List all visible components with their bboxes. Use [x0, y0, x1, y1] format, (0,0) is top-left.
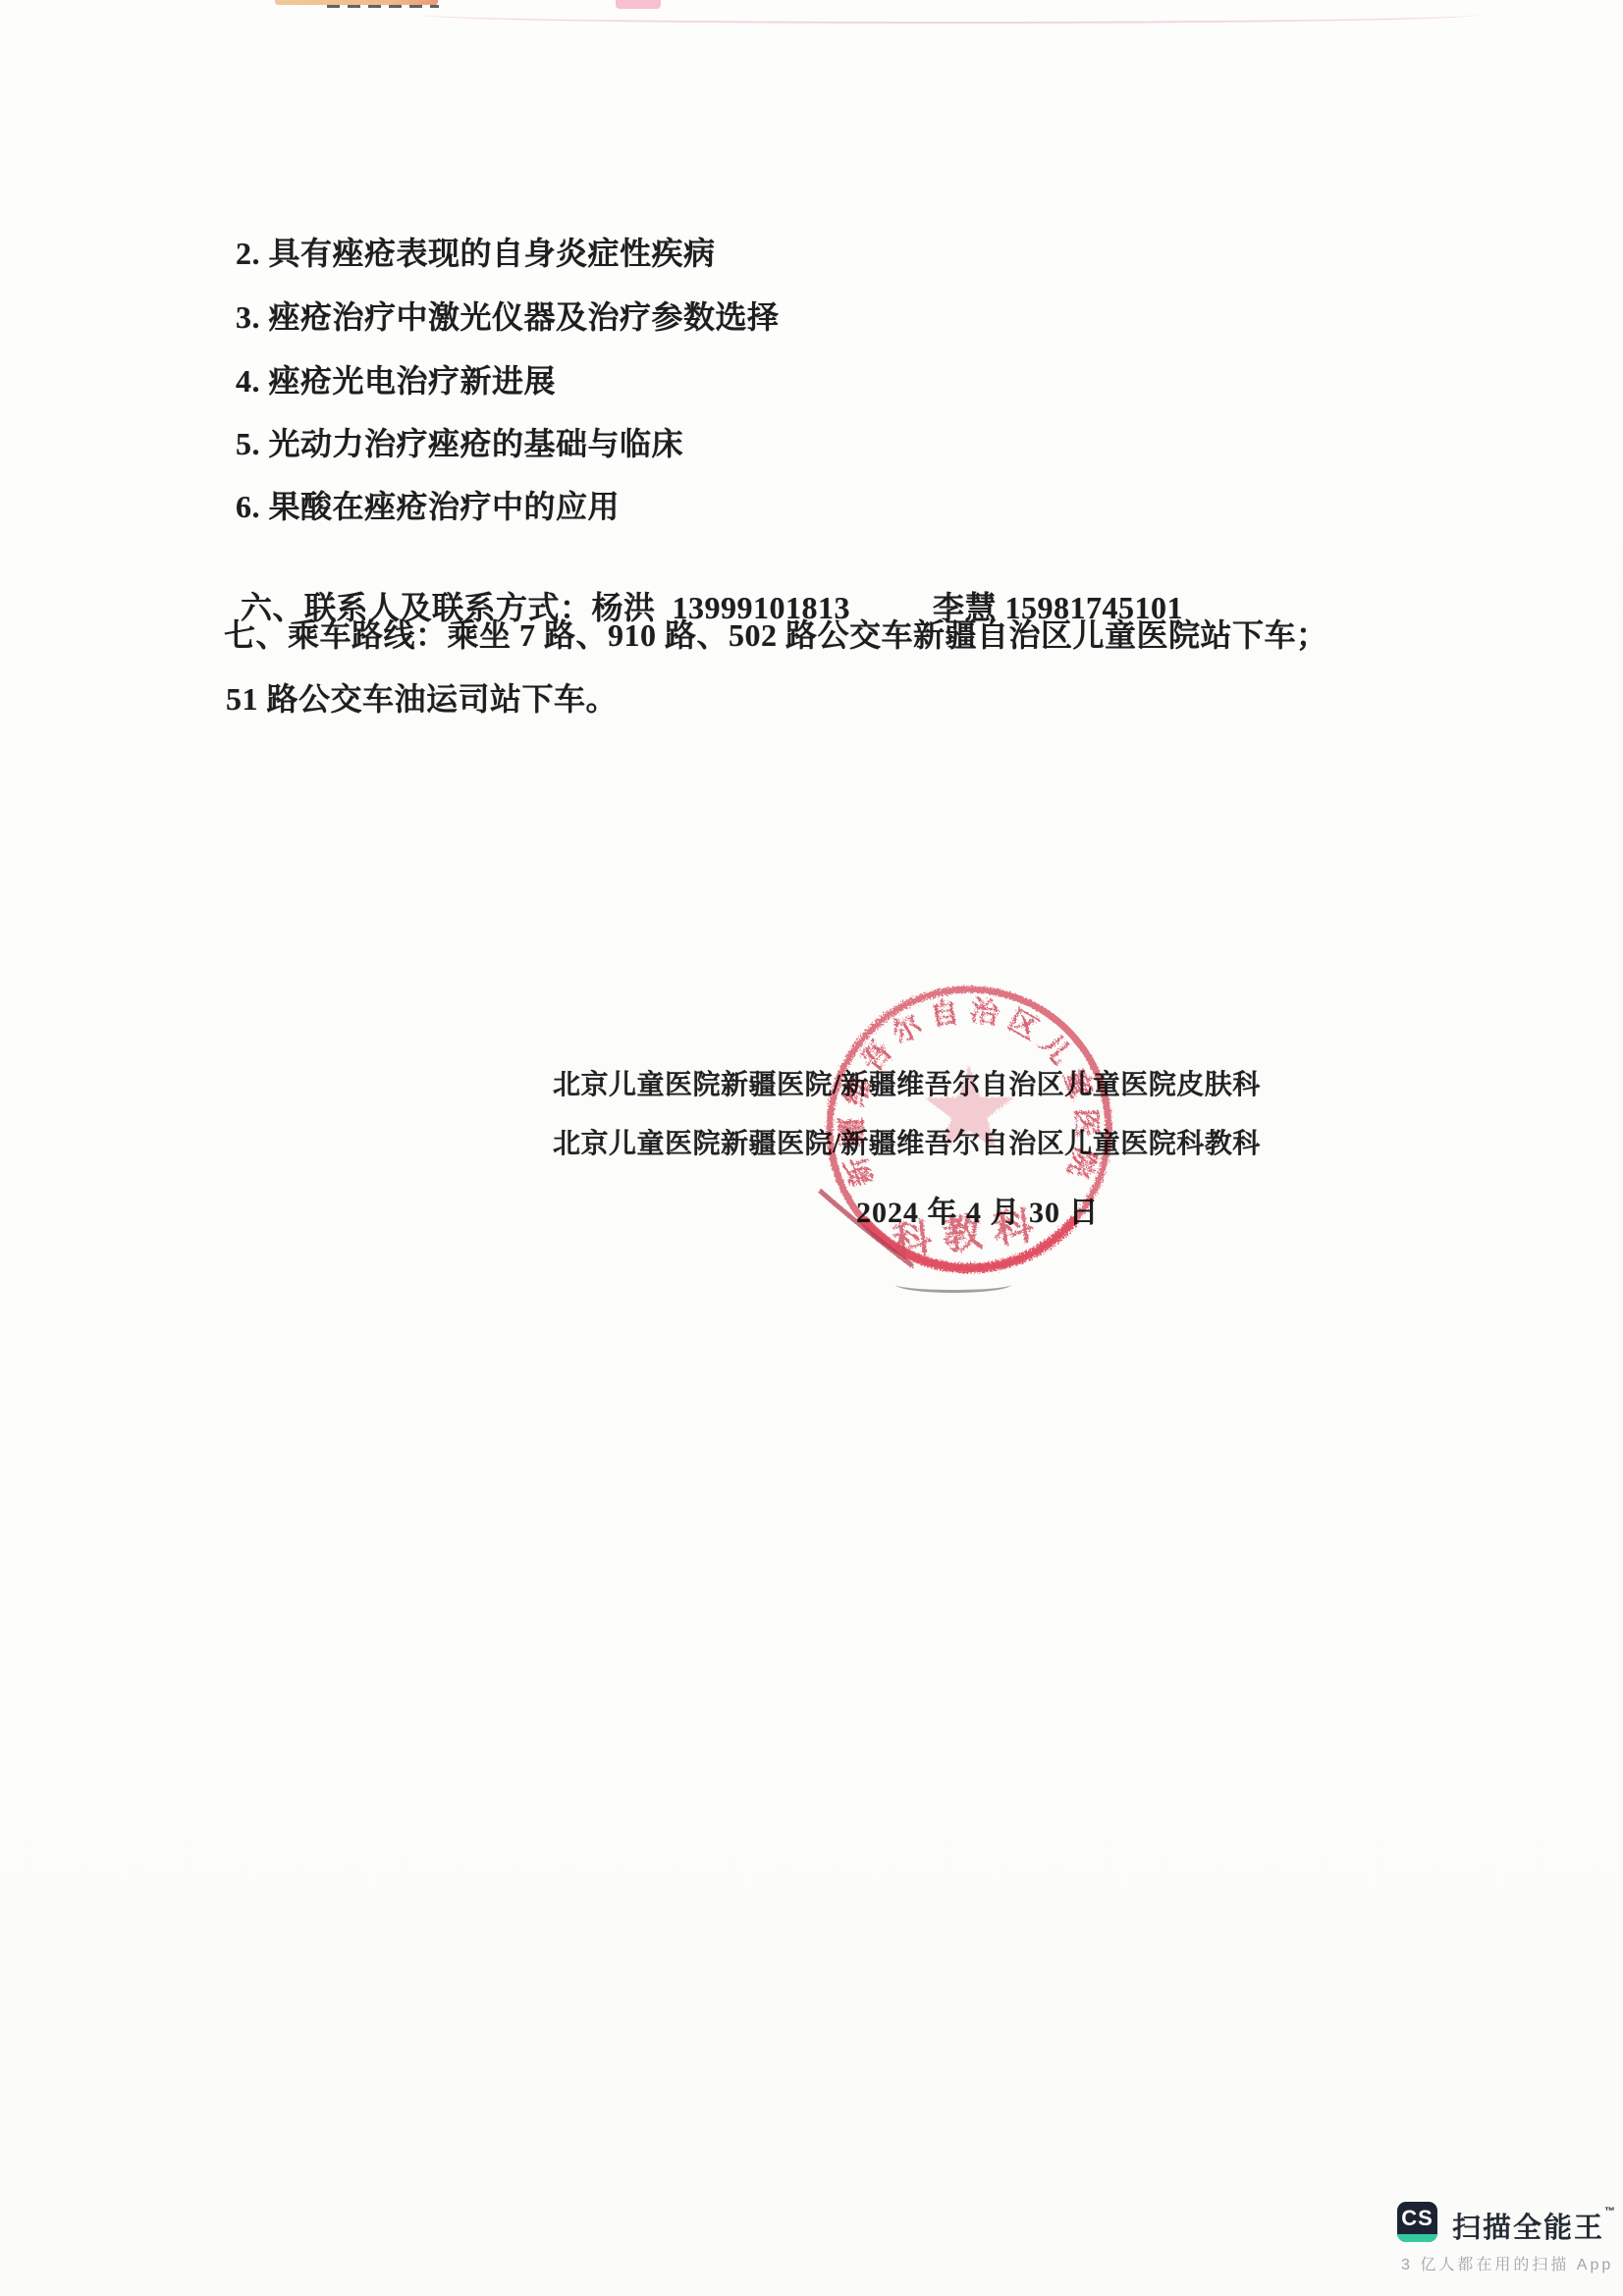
camscanner-app-name-text: 扫描全能王	[1452, 2213, 1604, 2244]
camscanner-logo-icon: CS	[1397, 2202, 1437, 2242]
agenda-item-2: 2. 具有痤疮表现的自身炎症性疾病	[236, 229, 716, 274]
agenda-item-6: 6. 果酸在痤疮治疗中的应用	[236, 482, 620, 527]
camscanner-app-name: 扫描全能王™	[1452, 2206, 1617, 2246]
route-line-2: 51 路公交车油运司站下车。	[226, 674, 618, 720]
camscanner-logo-accent	[1397, 2234, 1437, 2242]
scan-artifact-faint-curve	[422, 6, 1478, 24]
camscanner-tagline: 3 亿人都在用的扫描 App	[1401, 2252, 1613, 2274]
stamp-star-icon	[924, 1065, 1013, 1150]
agenda-item-3: 3. 痤疮治疗中激光仪器及治疗参数选择	[236, 293, 780, 338]
pencil-smudge	[895, 1276, 1011, 1293]
trademark-symbol: ™	[1604, 2206, 1617, 2217]
agenda-item-5: 5. 光动力治疗痤疮的基础与临床	[236, 419, 683, 464]
agenda-item-4: 4. 痤疮光电治疗新进展	[236, 356, 556, 401]
official-seal-stamp: 新疆维吾尔自治区儿童医院 科教科	[817, 980, 1121, 1284]
scan-artifact-dashed-line	[327, 5, 439, 8]
camscanner-logo-letters: CS	[1397, 2202, 1437, 2234]
route-line-1: 七、乘车路线：乘坐 7 路、910 路、502 路公交车新疆自治区儿童医院站下车…	[224, 611, 1328, 656]
